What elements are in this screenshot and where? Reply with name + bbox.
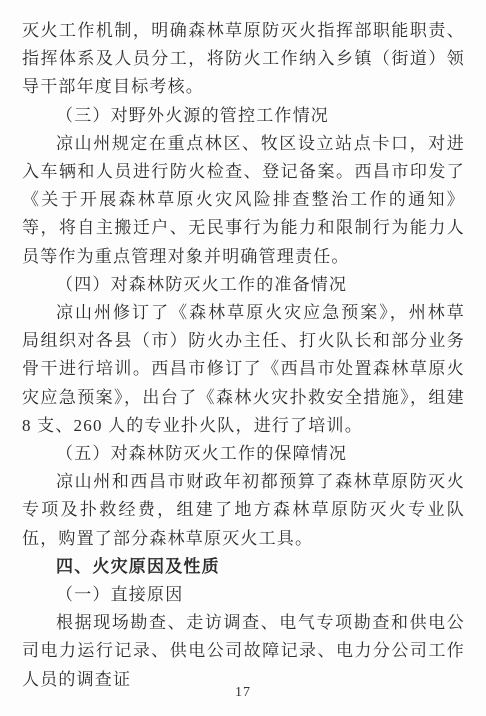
section-heading-fire-cause: 四、火灾原因及性质 — [22, 553, 465, 581]
subsection-heading-3: （三）对野外火源的管控工作情况 — [22, 102, 465, 130]
document-body: 灭火工作机制，明确森林草原防灭火指挥部职能职责、指挥体系及人员分工，将防火工作纳… — [22, 17, 465, 694]
paragraph: 凉山州修订了《森林草原火灾应急预案》，州林草局组织对各县（市）防火办主任、打火队… — [22, 299, 465, 440]
paragraph: 凉山州规定在重点林区、牧区设立站点卡口，对进入车辆和人员进行防火检查、登记备案。… — [22, 130, 465, 271]
paragraph-continuation: 灭火工作机制，明确森林草原防灭火指挥部职能职责、指挥体系及人员分工，将防火工作纳… — [22, 17, 465, 102]
subsection-heading-1: （一）直接原因 — [22, 581, 465, 609]
paragraph: 根据现场勘查、走访调查、电气专项勘查和供电公司电力运行记录、供电公司故障记录、电… — [22, 609, 465, 694]
document-page: 灭火工作机制，明确森林草原防灭火指挥部职能职责、指挥体系及人员分工，将防火工作纳… — [0, 0, 486, 716]
paragraph: 凉山州和西昌市财政年初都预算了森林草原防灭火专项及扑救经费，组建了地方森林草原防… — [22, 468, 465, 553]
subsection-heading-5: （五）对森林防灭火工作的保障情况 — [22, 440, 465, 468]
subsection-heading-4: （四）对森林防灭火工作的准备情况 — [22, 271, 465, 299]
page-number: 17 — [0, 685, 486, 701]
